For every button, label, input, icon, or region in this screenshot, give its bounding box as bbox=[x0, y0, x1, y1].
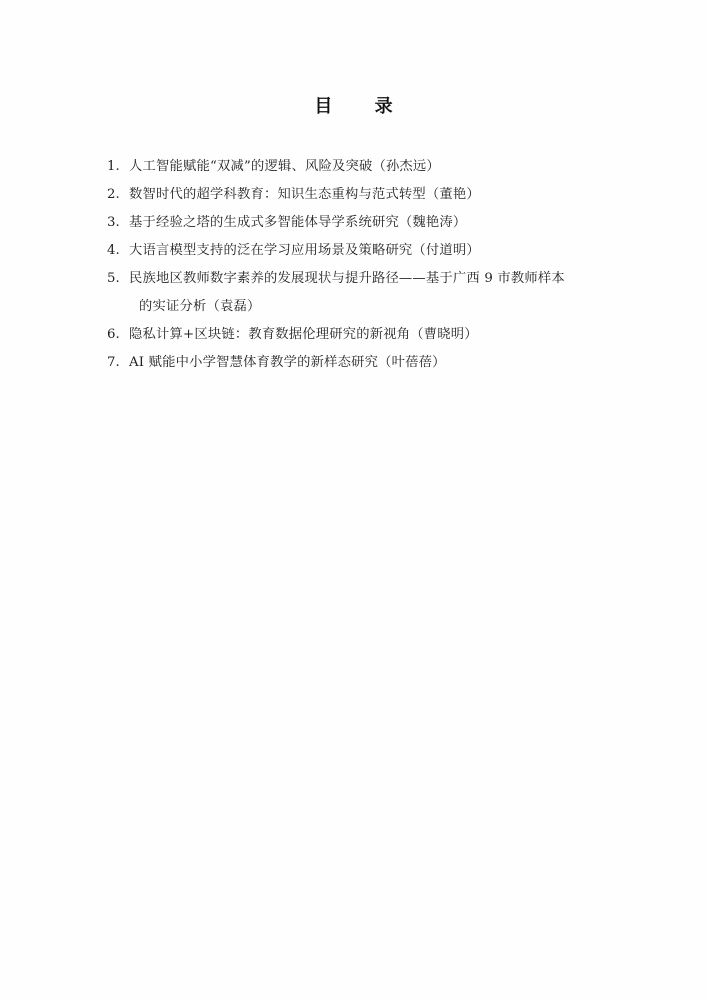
toc-item-title: 人工智能赋能“双减”的逻辑、风险及突破（孙杰远） bbox=[129, 153, 607, 181]
toc-item-number: 7. bbox=[107, 349, 129, 377]
table-of-contents: 1. 人工智能赋能“双减”的逻辑、风险及突破（孙杰远） 2. 数智时代的超学科教… bbox=[107, 153, 607, 377]
document-page: 目 录 1. 人工智能赋能“双减”的逻辑、风险及突破（孙杰远） 2. 数智时代的… bbox=[0, 0, 707, 999]
toc-item-title: 数智时代的超学科教育：知识生态重构与范式转型（董艳） bbox=[129, 181, 607, 209]
toc-item-number: 4. bbox=[107, 237, 129, 265]
toc-item-title: AI 赋能中小学智慧体育教学的新样态研究（叶蓓蓓） bbox=[129, 349, 607, 377]
toc-item-title-wrapper: 民族地区教师数字素养的发展现状与提升路径——基于广西 9 市教师样本 的实证分析… bbox=[129, 265, 607, 321]
toc-item-title: 大语言模型支持的泛在学习应用场景及策略研究（付道明） bbox=[129, 237, 607, 265]
toc-item-5[interactable]: 5. 民族地区教师数字素养的发展现状与提升路径——基于广西 9 市教师样本 的实… bbox=[107, 265, 607, 321]
toc-item-2[interactable]: 2. 数智时代的超学科教育：知识生态重构与范式转型（董艳） bbox=[107, 181, 607, 209]
toc-item-4[interactable]: 4. 大语言模型支持的泛在学习应用场景及策略研究（付道明） bbox=[107, 237, 607, 265]
toc-item-7[interactable]: 7. AI 赋能中小学智慧体育教学的新样态研究（叶蓓蓓） bbox=[107, 349, 607, 377]
toc-item-number: 5. bbox=[107, 265, 129, 321]
toc-item-number: 2. bbox=[107, 181, 129, 209]
toc-item-3[interactable]: 3. 基于经验之塔的生成式多智能体导学系统研究（魏艳涛） bbox=[107, 209, 607, 237]
toc-item-number: 6. bbox=[107, 321, 129, 349]
toc-item-number: 3. bbox=[107, 209, 129, 237]
toc-item-number: 1. bbox=[107, 153, 129, 181]
toc-item-title: 隐私计算+区块链：教育数据伦理研究的新视角（曹晓明） bbox=[129, 321, 607, 349]
toc-item-1[interactable]: 1. 人工智能赋能“双减”的逻辑、风险及突破（孙杰远） bbox=[107, 153, 607, 181]
toc-item-title: 民族地区教师数字素养的发展现状与提升路径——基于广西 9 市教师样本 bbox=[129, 271, 565, 286]
page-title: 目 录 bbox=[0, 92, 707, 118]
toc-item-title: 基于经验之塔的生成式多智能体导学系统研究（魏艳涛） bbox=[129, 209, 607, 237]
toc-item-6[interactable]: 6. 隐私计算+区块链：教育数据伦理研究的新视角（曹晓明） bbox=[107, 321, 607, 349]
toc-item-title-continuation: 的实证分析（袁磊） bbox=[129, 293, 607, 321]
